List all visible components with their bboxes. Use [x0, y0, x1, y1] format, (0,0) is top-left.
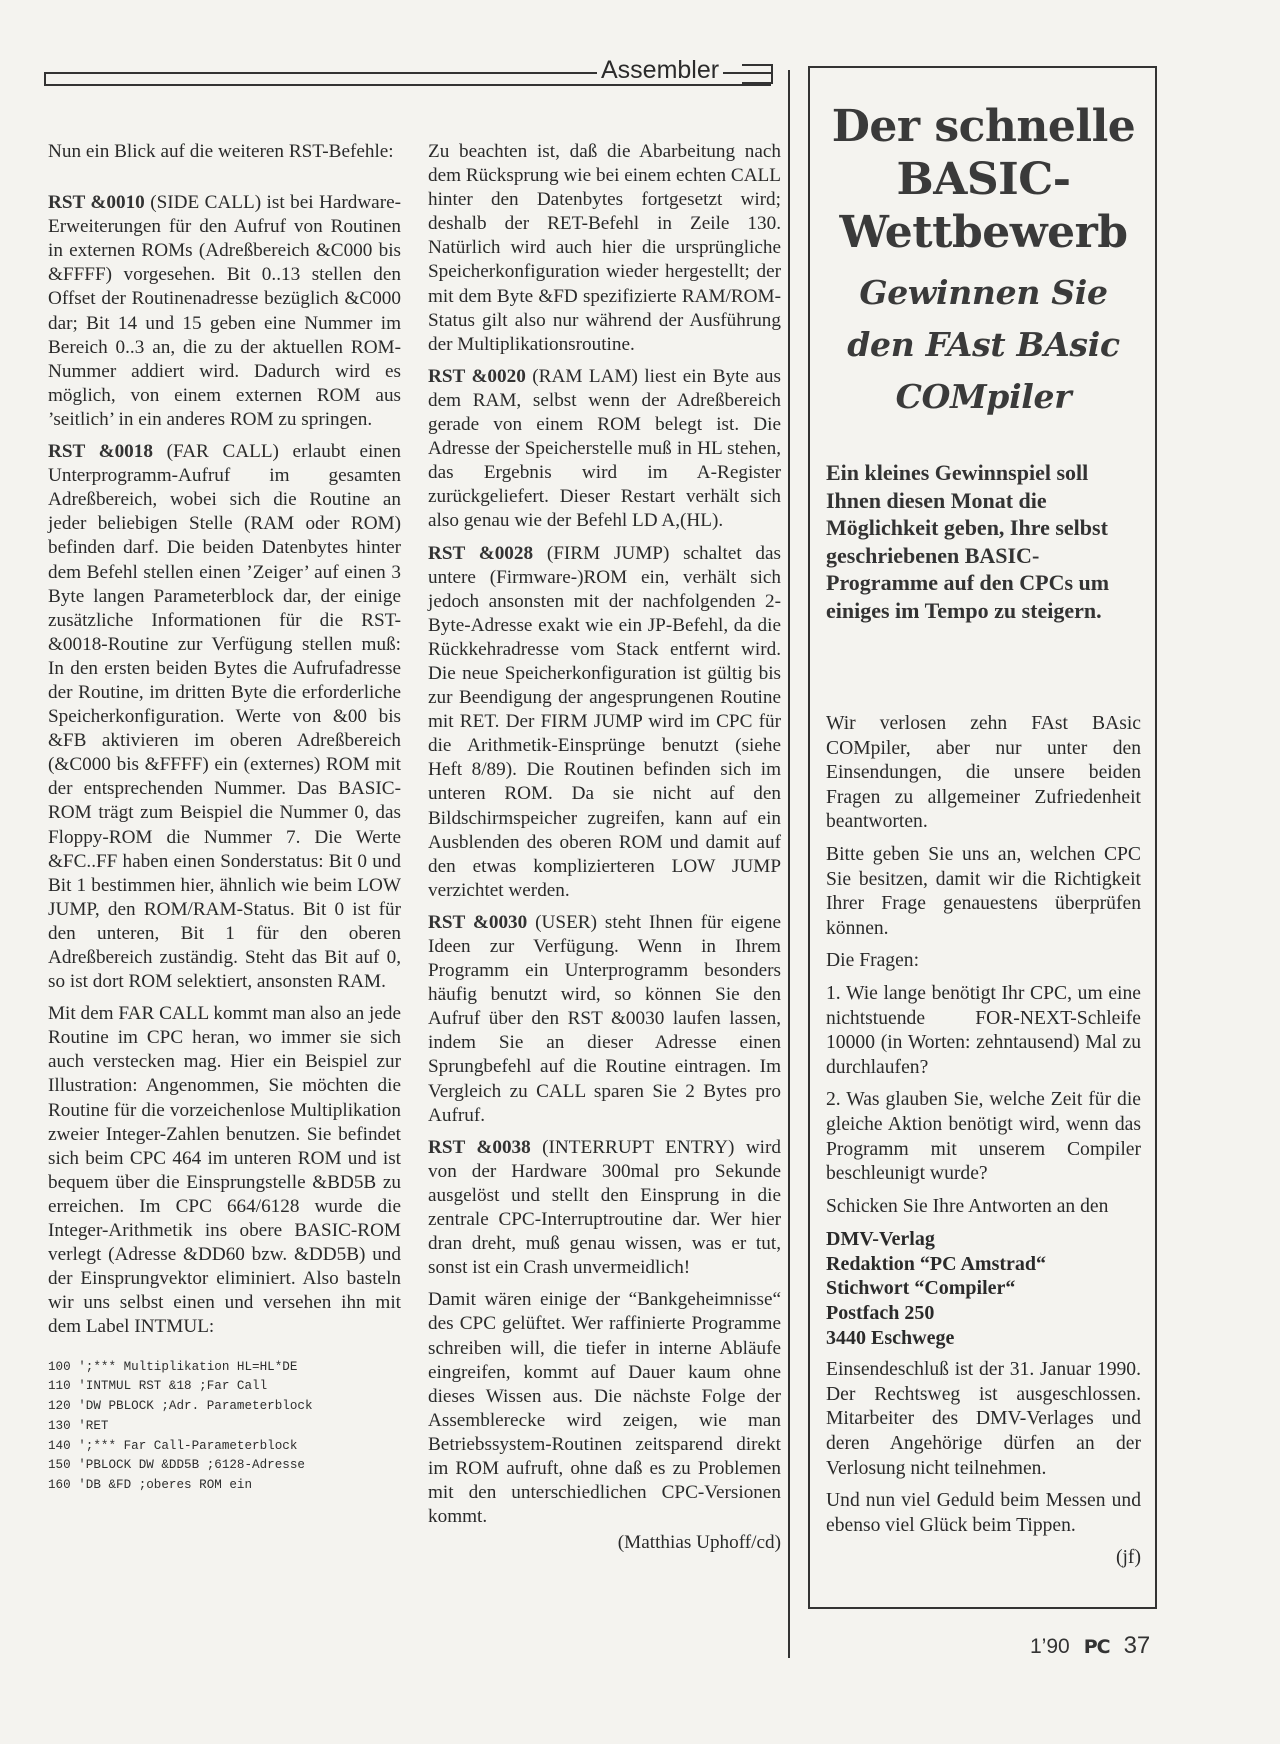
contest-sidebar-box: Der schnelle BASIC- Wettbewerb Gewinnen …: [808, 66, 1157, 1609]
code-line: 120 'DW PBLOCK ;Adr. Parameterblock: [48, 1397, 401, 1417]
author-byline: (Matthias Uphoff/cd): [428, 1531, 781, 1555]
rst-keyword: RST &0030: [428, 912, 527, 933]
code-line: 130 'RET: [48, 1417, 401, 1437]
code-line: 150 'PBLOCK DW &DD5B ;6128-Adresse: [48, 1456, 401, 1476]
paragraph: RST &0038 (INTERRUPT ENTRY) wird von der…: [428, 1136, 781, 1281]
rst-keyword: RST &0020: [428, 366, 526, 387]
paragraph: Und nun viel Geduld beim Messen und eben…: [826, 1489, 1141, 1538]
page-number: 37: [1124, 1632, 1151, 1660]
page-footer: 1’90 PC 37: [1030, 1632, 1150, 1660]
rst-keyword: RST &0038: [428, 1137, 531, 1158]
paragraph: Die Fragen:: [826, 949, 1141, 974]
paragraph: RST &0018 (FAR CALL) erlaubt einen Unter…: [48, 440, 401, 994]
code-line: 110 'INTMUL RST &18 ;Far Call: [48, 1377, 401, 1397]
code-listing: 100 ';*** Multiplikation HL=HL*DE110 'IN…: [48, 1358, 401, 1497]
paragraph: Wir verlosen zehn FAst BAsic COMpiler, a…: [826, 712, 1141, 835]
paragraph: RST &0028 (FIRM JUMP) schaltet das unter…: [428, 542, 781, 903]
paragraph: RST &0030 (USER) steht Ihnen für eigene …: [428, 911, 781, 1128]
section-label: Assembler: [597, 56, 723, 84]
paragraph: Zu beachten ist, daß die Abarbeitung nac…: [428, 140, 781, 357]
paragraph: RST &0020 (RAM LAM) liest ein Byte aus d…: [428, 365, 781, 534]
rst-keyword: RST &0010: [48, 192, 145, 213]
question-1: 1. Wie lange benötigt Ihr CPC, um eine n…: [826, 982, 1141, 1080]
code-line: 160 'DB &FD ;oberes ROM ein: [48, 1476, 401, 1496]
mailing-address: DMV-Verlag Redaktion “PC Amstrad“ Stichw…: [826, 1227, 1141, 1350]
question-2: 2. Was glauben Sie, welche Zeit für die …: [826, 1088, 1141, 1186]
header-rule-end: [742, 64, 773, 84]
paragraph: Mit dem FAR CALL kommt man also an jede …: [48, 1002, 401, 1339]
sidebar-title: Der schnelle BASIC- Wettbewerb: [826, 100, 1141, 259]
rst-keyword: RST &0018: [48, 441, 153, 462]
rst-keyword: RST &0028: [428, 543, 533, 564]
code-line: 100 ';*** Multiplikation HL=HL*DE: [48, 1358, 401, 1378]
sidebar-subtitle: Gewinnen Sie den FAst BAsic COMpiler: [826, 267, 1141, 423]
paragraph: Einsendeschluß ist der 31. Januar 1990. …: [826, 1358, 1141, 1481]
article-column-1: Nun ein Blick auf die weiteren RST-Befeh…: [48, 140, 401, 1496]
sidebar-intro: Ein kleines Gewinnspiel soll Ihnen diese…: [826, 459, 1141, 624]
paragraph: RST &0010 (SIDE CALL) ist bei Hardware-E…: [48, 191, 401, 432]
paragraph: Nun ein Blick auf die weiteren RST-Befeh…: [48, 140, 401, 164]
paragraph: Schicken Sie Ihre Antworten an den: [826, 1195, 1141, 1220]
paragraph: Damit wären einige der “Bankgeheimnisse“…: [428, 1288, 781, 1529]
magazine-logo: PC: [1084, 1636, 1110, 1658]
author-signature: (jf): [826, 1546, 1141, 1571]
sidebar-body: Wir verlosen zehn FAst BAsic COMpiler, a…: [826, 712, 1141, 1571]
paragraph: Bitte geben Sie uns an, welchen CPC Sie …: [826, 843, 1141, 941]
article-column-2: Zu beachten ist, daß die Abarbeitung nac…: [428, 140, 781, 1555]
issue-number: 1’90: [1030, 1635, 1070, 1659]
code-line: 140 ';*** Far Call-Parameterblock: [48, 1437, 401, 1457]
column-divider: [788, 70, 790, 1658]
